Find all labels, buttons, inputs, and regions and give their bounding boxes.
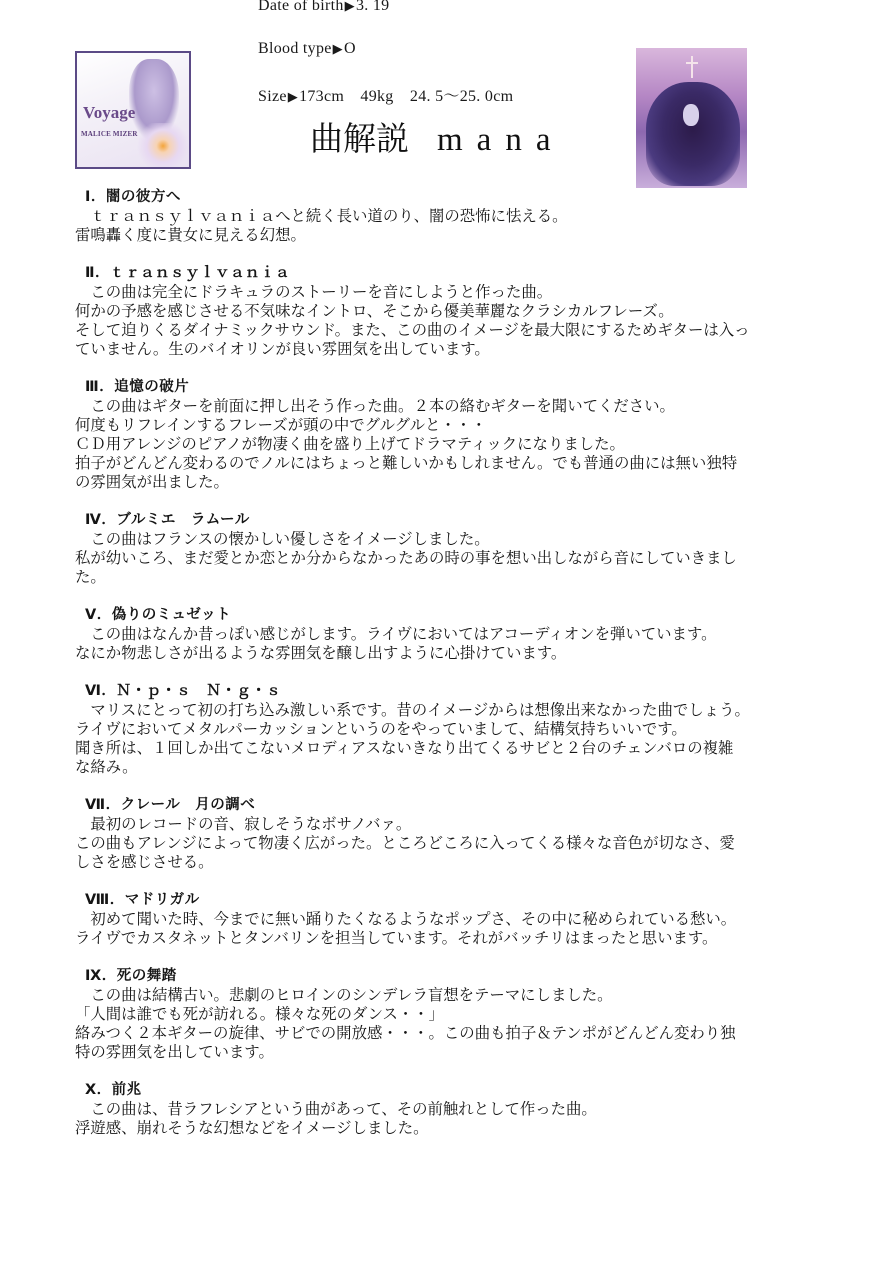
date-of-birth: Date of birth▶3. 19 [258, 0, 389, 15]
arrow-icon: ▶ [333, 41, 343, 56]
lily-graphic [135, 123, 191, 169]
commentary-line: 最初のレコードの音、寂しそうなボサノバァ。 [75, 815, 845, 834]
track-heading: Ⅶ．クレール 月の調べ [75, 796, 845, 815]
commentary-line: 特の雰囲気を出しています。 [75, 1043, 845, 1062]
commentary-line: 初めて聞いた時、今までに無い踊りたくなるようなポップさ、その中に秘められている愁… [75, 910, 845, 929]
date-of-birth-label: Date of birth [258, 0, 344, 14]
commentary-line: ライヴでカスタネットとタンバリンを担当しています。それがバッチリはまったと思いま… [75, 929, 845, 948]
blood-type-value: O [344, 40, 356, 57]
commentary-line: この曲はなんか昔っぽい感じがします。ライヴにおいてはアコーディオンを弾いています… [75, 625, 845, 644]
commentary-line: な絡み。 [75, 758, 845, 777]
commentary-line: 浮遊感、崩れそうな幻想などをイメージしました。 [75, 1119, 845, 1138]
arrow-icon: ▶ [345, 0, 355, 13]
track-heading: Ⅹ．前兆 [75, 1081, 845, 1100]
commentary-line: この曲は結構古い。悲劇のヒロインのシンデレラ盲想をテーマにしました。 [75, 986, 845, 1005]
track-heading: Ⅱ．ｔｒａｎｓｙｌｖａｎｉａ [75, 264, 845, 283]
blood-type-label: Blood type [258, 40, 332, 57]
commentary-line: 何かの予感を感じさせる不気味なイントロ、そこから優美華麗なクラシカルフレーズ。 [75, 302, 845, 321]
track-section: Ⅸ．死の舞踏 この曲は結構古い。悲劇のヒロインのシンデレラ盲想をテーマにしました… [75, 967, 845, 1062]
costume-graphic [646, 82, 740, 186]
title-en: mana [437, 122, 564, 158]
size-label: Size [258, 88, 287, 105]
album-artist: MALICE MIZER [81, 130, 138, 138]
commentary-line: た。 [75, 568, 845, 587]
track-heading: Ⅰ．闇の彼方へ [75, 188, 845, 207]
face-graphic [683, 104, 699, 126]
commentary-line: 「人間は誰でも死が訪れる。様々な死のダンス・・」 [75, 1005, 845, 1024]
track-section: Ⅴ．偽りのミュゼット この曲はなんか昔っぽい感じがします。ライヴにおいてはアコー… [75, 606, 845, 663]
track-section: Ⅰ．闇の彼方へ ｔｒａｎｓｙｌｖａｎｉａへと続く長い道のり、闇の恐怖に怯える。雷… [75, 188, 845, 245]
track-commentary: Ⅰ．闇の彼方へ ｔｒａｎｓｙｌｖａｎｉａへと続く長い道のり、闇の恐怖に怯える。雷… [75, 188, 845, 1157]
commentary-line: 雷鳴轟く度に貴女に見える幻想。 [75, 226, 845, 245]
size: Size▶173cm 49kg 24. 5～25. 0cm [258, 83, 513, 106]
page-title: 曲解説mana [310, 113, 564, 160]
track-section: Ⅷ．マドリガル 初めて聞いた時、今までに無い踊りたくなるようなポップさ、その中に… [75, 891, 845, 948]
commentary-line: 何度もリフレインするフレーズが頭の中でグルグルと・・・ [75, 416, 845, 435]
blood-type: Blood type▶O [258, 40, 356, 58]
track-heading: Ⅸ．死の舞踏 [75, 967, 845, 986]
date-of-birth-value: 3. 19 [356, 0, 390, 14]
album-cover-image: Voyage MALICE MIZER [75, 51, 191, 169]
commentary-line: 私が幼いころ、まだ愛とか恋とか分からなかったあの時の事を想い出しながら音にしてい… [75, 549, 845, 568]
track-section: Ⅳ．ブルミエ ラムール この曲はフランスの懐かしい優しさをイメージしました。私が… [75, 511, 845, 587]
commentary-line: この曲は、昔ラフレシアという曲があって、その前触れとして作った曲。 [75, 1100, 845, 1119]
commentary-line: ＣＤ用アレンジのピアノが物凄く曲を盛り上げてドラマティックになりました。 [75, 435, 845, 454]
commentary-line: しさを感じさせる。 [75, 853, 845, 872]
commentary-line: ライヴにおいてメタルパーカッションというのをやっていまして、結構気持ちいいです。 [75, 720, 845, 739]
commentary-line: の雰囲気が出ました。 [75, 473, 845, 492]
artist-photo [636, 48, 747, 188]
commentary-line: そして迫りくるダイナミックサウンド。また、この曲のイメージを最大限にするためギタ… [75, 321, 845, 340]
track-heading: Ⅵ．Ｎ・ｐ・ｓ Ｎ・ｇ・ｓ [75, 682, 845, 701]
track-heading: Ⅳ．ブルミエ ラムール [75, 511, 845, 530]
track-heading: Ⅴ．偽りのミュゼット [75, 606, 845, 625]
commentary-line: ｔｒａｎｓｙｌｖａｎｉａへと続く長い道のり、闇の恐怖に怯える。 [75, 207, 845, 226]
track-section: Ⅵ．Ｎ・ｐ・ｓ Ｎ・ｇ・ｓ マリスにとって初の打ち込み激しい系です。昔のイメージ… [75, 682, 845, 777]
commentary-line: この曲はフランスの懐かしい優しさをイメージしました。 [75, 530, 845, 549]
commentary-line: この曲もアレンジによって物凄く広がった。ところどころに入ってくる様々な音色が切な… [75, 834, 845, 853]
track-section: Ⅱ．ｔｒａｎｓｙｌｖａｎｉａ この曲は完全にドラキュラのストーリーを音にしようと… [75, 264, 845, 359]
track-heading: Ⅲ．追憶の破片 [75, 378, 845, 397]
commentary-line: この曲はギターを前面に押し出そう作った曲。２本の絡むギターを聞いてください。 [75, 397, 845, 416]
track-section: Ⅹ．前兆 この曲は、昔ラフレシアという曲があって、その前触れとして作った曲。浮遊… [75, 1081, 845, 1138]
track-section: Ⅲ．追憶の破片 この曲はギターを前面に押し出そう作った曲。２本の絡むギターを聞い… [75, 378, 845, 492]
commentary-line: 拍子がどんどん変わるのでノルにはちょっと難しいかもしれません。でも普通の曲には無… [75, 454, 845, 473]
commentary-line: マリスにとって初の打ち込み激しい系です。昔のイメージからは想像出来なかった曲でし… [75, 701, 845, 720]
track-section: Ⅶ．クレール 月の調べ 最初のレコードの音、寂しそうなボサノバァ。この曲もアレン… [75, 796, 845, 872]
size-value: 173cm 49kg 24. 5～25. 0cm [299, 88, 513, 105]
commentary-line: この曲は完全にドラキュラのストーリーを音にしようと作った曲。 [75, 283, 845, 302]
commentary-line: 絡みつく２本ギターの旋律、サビでの開放感・・・。この曲も拍子＆テンポがどんどん変… [75, 1024, 845, 1043]
track-heading: Ⅷ．マドリガル [75, 891, 845, 910]
commentary-line: 聞き所は、１回しか出てこないメロディアスないきなり出てくるサビと２台のチェンバロ… [75, 739, 845, 758]
cross-icon [686, 56, 698, 78]
arrow-icon: ▶ [288, 89, 298, 104]
commentary-line: ていません。生のバイオリンが良い雰囲気を出しています。 [75, 340, 845, 359]
album-name: Voyage [83, 103, 135, 123]
commentary-line: なにか物悲しさが出るような雰囲気を醸し出すように心掛けています。 [75, 644, 845, 663]
title-jp: 曲解説 [310, 119, 409, 158]
